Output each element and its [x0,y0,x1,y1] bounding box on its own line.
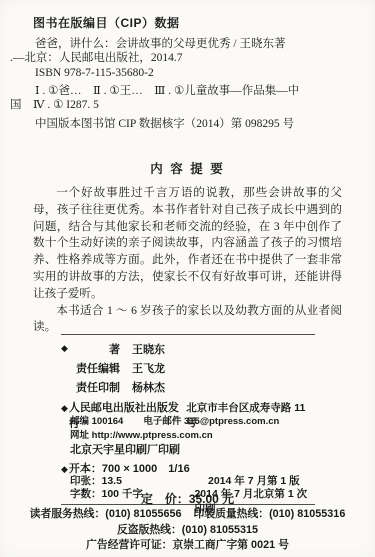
price-section: 定 价：35.00 元 读者服务热线：(010) 81055656 印装质量热线… [17,492,358,554]
credit-label: 责任印制 [74,379,120,395]
abstract-paragraph-1: 一个好故事胜过千言万语的说教，那些会讲故事的父母，孩子往往更优秀。本书作者针对自… [33,185,342,303]
credit-value: 王晓东 [132,341,165,357]
quality-hotline: 印装质量热线：(010) 81055316 [194,507,346,523]
credit-value: 王飞龙 [132,360,165,376]
printer-line: 北京天宇星印刷厂印刷 [61,443,315,458]
format-row: ◆ 开本：700 × 1000 1/16 [61,460,315,473]
cip-isbn-line: ISBN 978-7-115-35680-2 [10,66,362,81]
credit-label: 责任编辑 [74,360,120,376]
abstract-title: 内 容 提 要 [33,159,342,177]
website-row: 网址 http://www.ptpress.com.cn [61,429,315,443]
cip-classification-line-1: Ⅰ . ①爸… Ⅱ . ①王… Ⅲ . ①儿童故事—作品集—中 [10,84,362,99]
contact-row: 邮编 100164 电子邮件 315@ptpress.com.cn [61,415,315,429]
spacer [182,507,194,523]
email-line: 电子邮件 315@ptpress.com.cn [143,415,279,429]
cip-classification-line-2: 国 Ⅳ . ① I287. 5 [10,98,362,113]
ad-license-line: 广告经营许可证：京崇工商广字第 0021 号 [17,538,358,554]
colophon-section: ◆ 著 王晓东 责任编辑 王飞龙 责任印制 杨林杰 ◆ 人民邮电出版社出版发行 … [61,334,315,505]
credit-value: 杨林杰 [132,379,165,395]
cip-record-line: 中国版本图书馆 CIP 数据核字（2014）第 098295 号 [10,117,362,132]
diamond-bullet-icon: ◆ [61,343,74,354]
copyright-page: 图书在版编目（CIP）数据 爸爸，讲什么：会讲故事的父母更优秀 / 王晓东著 .… [0,0,375,557]
abstract-paragraph-2: 本书适合 1 ～ 6 岁孩子的家长以及幼教方面的从业者阅读。 [33,303,342,337]
cip-title-line: 爸爸，讲什么：会讲故事的父母更优秀 / 王晓东著 [10,37,362,52]
credit-row-editor: 责任编辑 王飞龙 [61,358,315,377]
diamond-bullet-icon: ◆ [61,403,68,414]
service-hotline: 读者服务热线：(010) 81055656 [30,507,182,523]
cip-publisher-line: .—北京：人民邮电出版社，2014.7 [10,51,362,66]
website-line: 网址 http://www.ptpress.com.cn [70,429,213,443]
postcode-line: 邮编 100164 [70,415,123,429]
credit-row-print-supervisor: 责任印制 杨林杰 [61,377,315,396]
credit-row-author: ◆ 著 王晓东 [61,339,315,358]
antipiracy-hotline: 反盗版热线：(010) 81055315 [17,523,358,539]
cip-header: 图书在版编目（CIP）数据 [10,16,362,31]
publisher-row: ◆ 人民邮电出版社出版发行 北京市丰台区成寿寺路 11 号 [61,399,315,415]
spacer [123,415,143,429]
sheets-edition-row: 印张：13.5 2014 年 7 月第 1 版 [61,473,315,486]
credit-label: 著 [74,341,120,357]
hotline-row: 读者服务热线：(010) 81055656 印装质量热线：(010) 81055… [17,507,358,523]
abstract-section: 内 容 提 要 一个好故事胜过千言万语的说教，那些会讲故事的父母，孩子往往更优秀… [33,159,342,336]
price-line: 定 价：35.00 元 [17,492,358,507]
cip-block: 图书在版编目（CIP）数据 爸爸，讲什么：会讲故事的父母更优秀 / 王晓东著 .… [10,16,362,131]
